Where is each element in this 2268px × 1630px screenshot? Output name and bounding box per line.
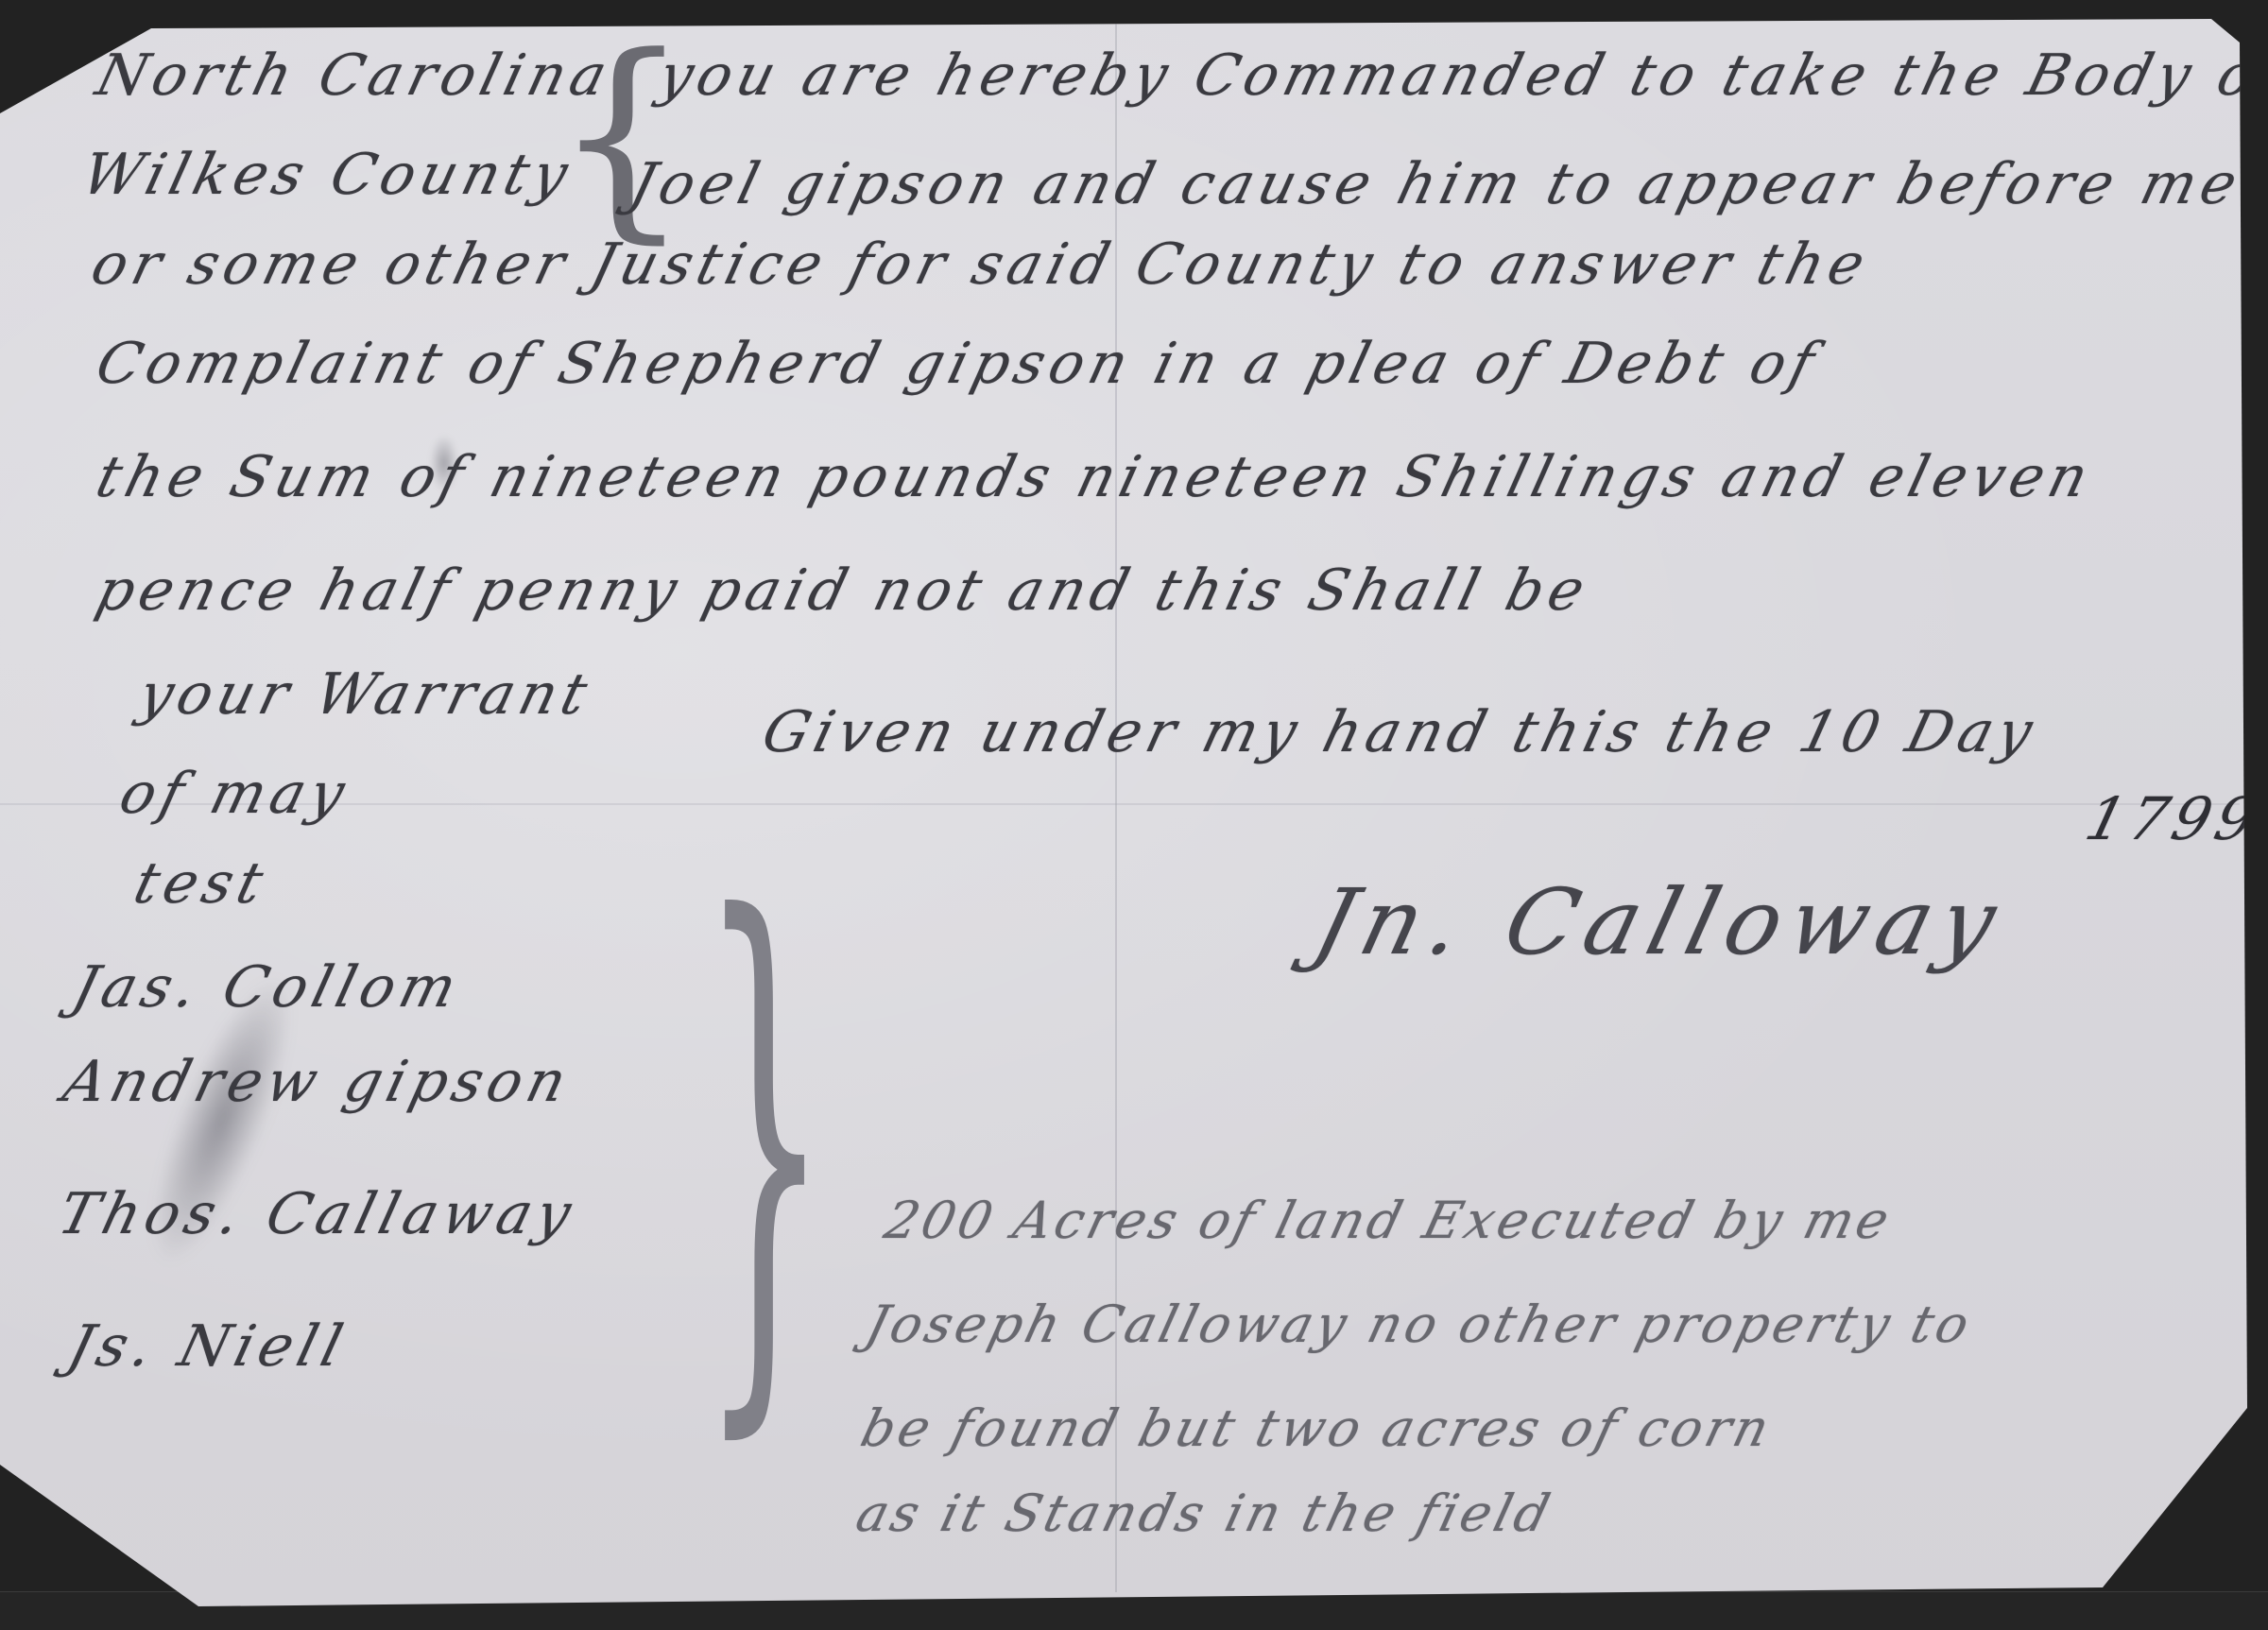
body-line-9: of may: [113, 761, 356, 827]
witness-name-4: Js. Niell: [61, 1313, 354, 1380]
body-line-7: your Warrant: [132, 661, 599, 728]
signature: Jn. Calloway: [1304, 869, 2016, 975]
body-line-8: Given under my hand this the 10 Day: [756, 699, 2044, 765]
header-county: Wilkes County: [76, 142, 579, 208]
witness-name-2: Andrew gipson: [57, 1049, 578, 1115]
body-line-1: you are hereby Commanded to take the Bod…: [652, 43, 2268, 109]
body-line-3: or some other Justice for said County to…: [85, 232, 1877, 298]
endorsement-line-3: be found but two acres of corn: [855, 1398, 1778, 1458]
witness-name-1: Jas. Collom: [66, 954, 469, 1021]
header-state: North Carolina: [90, 43, 619, 109]
witness-brace: }: [699, 850, 830, 1436]
body-line-6: pence half penny paid not and this Shall…: [90, 558, 1597, 624]
endorsement-line-2: Joseph Calloway no other property to: [860, 1295, 1979, 1354]
witness-name-3: Thos. Callaway: [52, 1181, 583, 1247]
document-paper: North Carolina Wilkes County { you are h…: [0, 0, 2268, 1630]
body-line-5: the Sum of nineteen pounds nineteen Shil…: [90, 444, 2100, 510]
body-line-2: Joel gipson and cause him to appear befo…: [624, 151, 2249, 217]
endorsement-line-4: as it Stands in the field: [850, 1484, 1559, 1543]
body-line-4: Complaint of Shepherd gipson in a plea o…: [90, 331, 1826, 397]
date-year: 1799: [2079, 784, 2268, 853]
endorsement-line-1: 200 Acres of land Executed by me: [879, 1191, 1899, 1250]
witness-label: test: [128, 850, 275, 917]
